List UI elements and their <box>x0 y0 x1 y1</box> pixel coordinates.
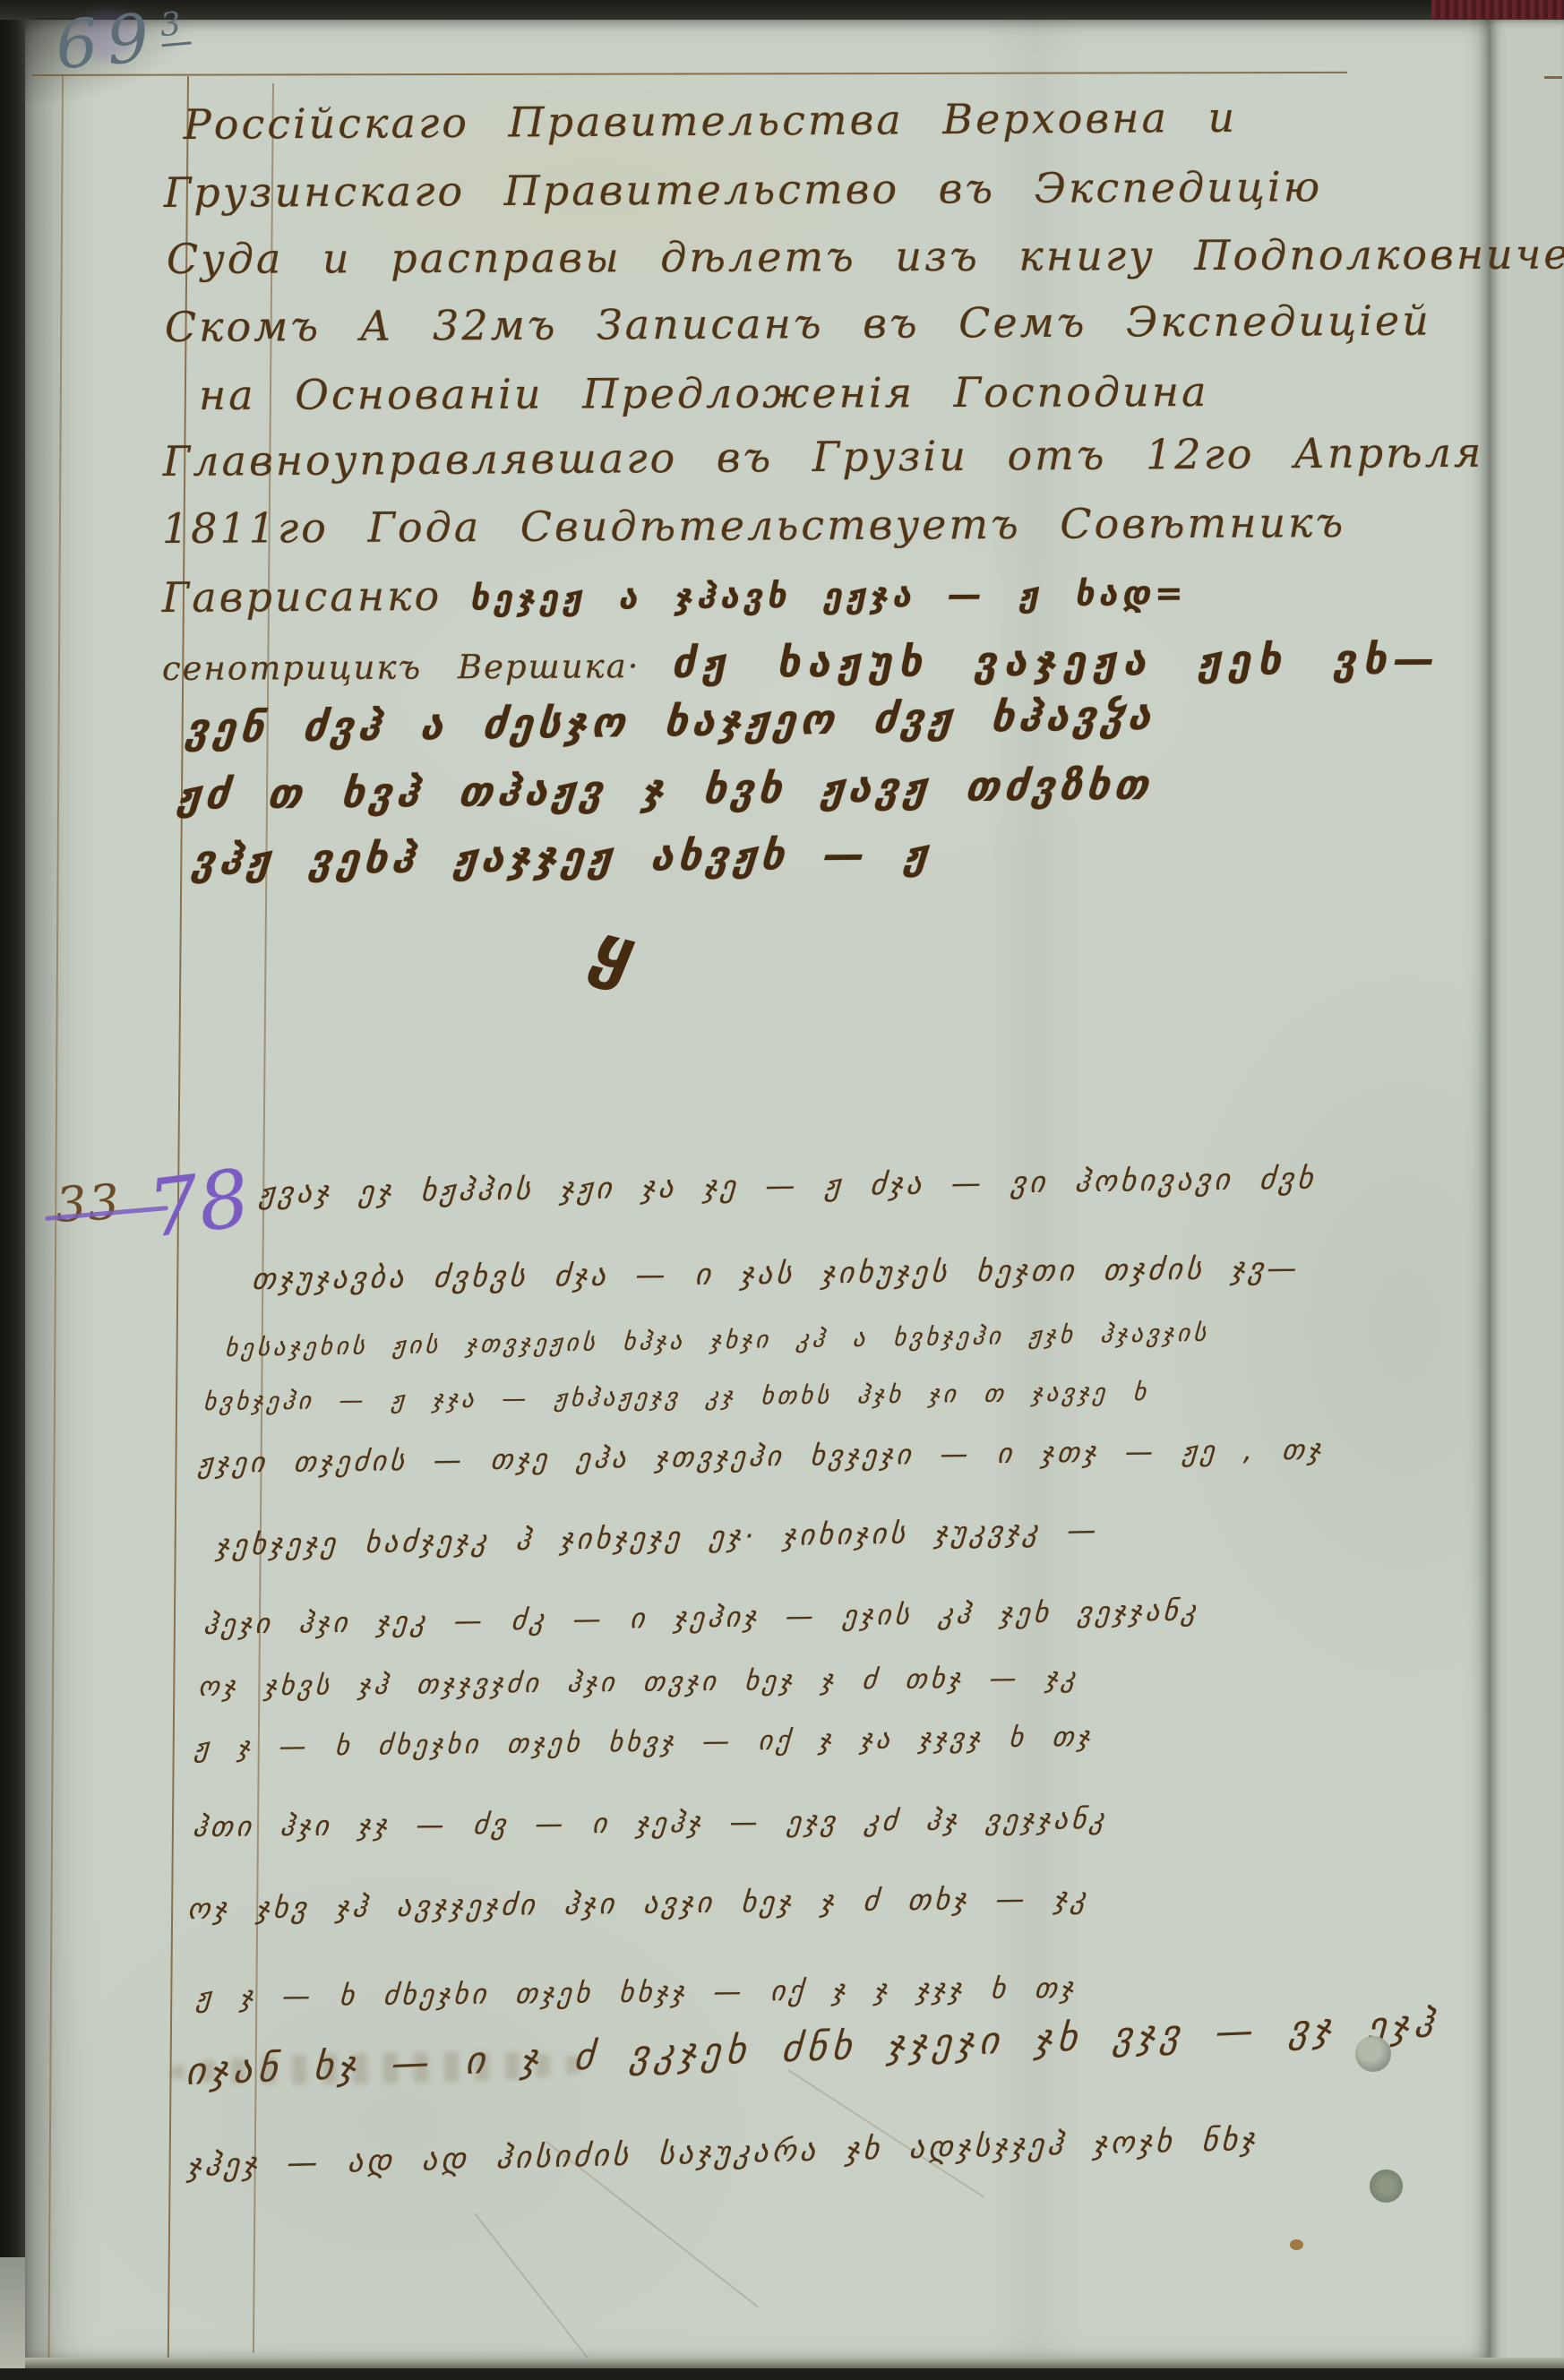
punch-hole-upper <box>1355 2036 1391 2072</box>
folio-superscript: 3 <box>159 5 192 47</box>
adjacent-page-ink-mark <box>1544 76 1562 79</box>
russian-line-6: Главноуправлявшаго въ Грузіи отъ 12го Ап… <box>163 428 1484 485</box>
russian-line-5: на Основаніи Предложенія Господина <box>199 367 1209 419</box>
page-bottom-edge <box>25 2358 1564 2368</box>
georgian-block-line-2: ჟძ თ ხვჰ თჰაჟვ ჯ ხვხ ჟავჟ თძვზხთ <box>176 760 1156 819</box>
mixed-line-9: сенотрицикъ Вершика· ძჟ ხაჟუხ ვაჯეჟა ჟეხ… <box>162 635 1442 690</box>
manuscript-scan: 693 Россійскаго Правительства Верховна и… <box>0 0 1564 2380</box>
mixed-line-8-georgian: ხეჯეჟ ა ჯჰავხ ეჟჯა — ჟ ხად= <box>469 573 1188 618</box>
russian-line-2: Грузинскаго Правительство въ Экспедицію <box>164 162 1323 217</box>
mixed-line-9-georgian: ძჟ ხაჟუხ ვაჯეჟა ჟეხ ვხ— <box>671 635 1441 688</box>
russian-line-7: 1811го Года Свидѣтельствуетъ Совѣтникъ <box>162 498 1346 553</box>
scan-top-background <box>0 0 1564 20</box>
mixed-line-8-russian: Гаврисанко <box>162 571 443 622</box>
adjacent-page-edge <box>1489 18 1564 2370</box>
rust-speck <box>1290 2239 1303 2250</box>
russian-line-1: Россійскаго Правительства Верховна и <box>184 93 1238 149</box>
folio-number-digits: 69 <box>53 0 161 84</box>
russian-line-4: Скомъ А 32мъ Записанъ въ Семъ Экспедиціе… <box>165 296 1431 351</box>
mixed-line-9-russian: сенотрицикъ Вершика· <box>162 647 640 688</box>
punch-hole-lower <box>1370 2169 1403 2203</box>
margin-entry-number: 78 <box>143 1152 254 1256</box>
mixed-line-8: Гаврисанко ხეჯეჟ ა ჯჰავხ ეჟჯა — ჟ ხად= <box>162 566 1188 622</box>
russian-line-3: Суда и расправы дѣлетъ изъ книгу Подполк… <box>167 229 1564 283</box>
margin-crossed-number: 33 <box>54 1173 122 1233</box>
folio-number: 693 <box>53 0 194 84</box>
scan-bottom-background <box>0 2368 1564 2380</box>
georgian-block-line-3: ვჰჟ ვეხჰ ჟაჯჯეჟ ახვჟხ — ჟ <box>190 829 934 884</box>
book-cover-strip <box>1431 0 1564 19</box>
